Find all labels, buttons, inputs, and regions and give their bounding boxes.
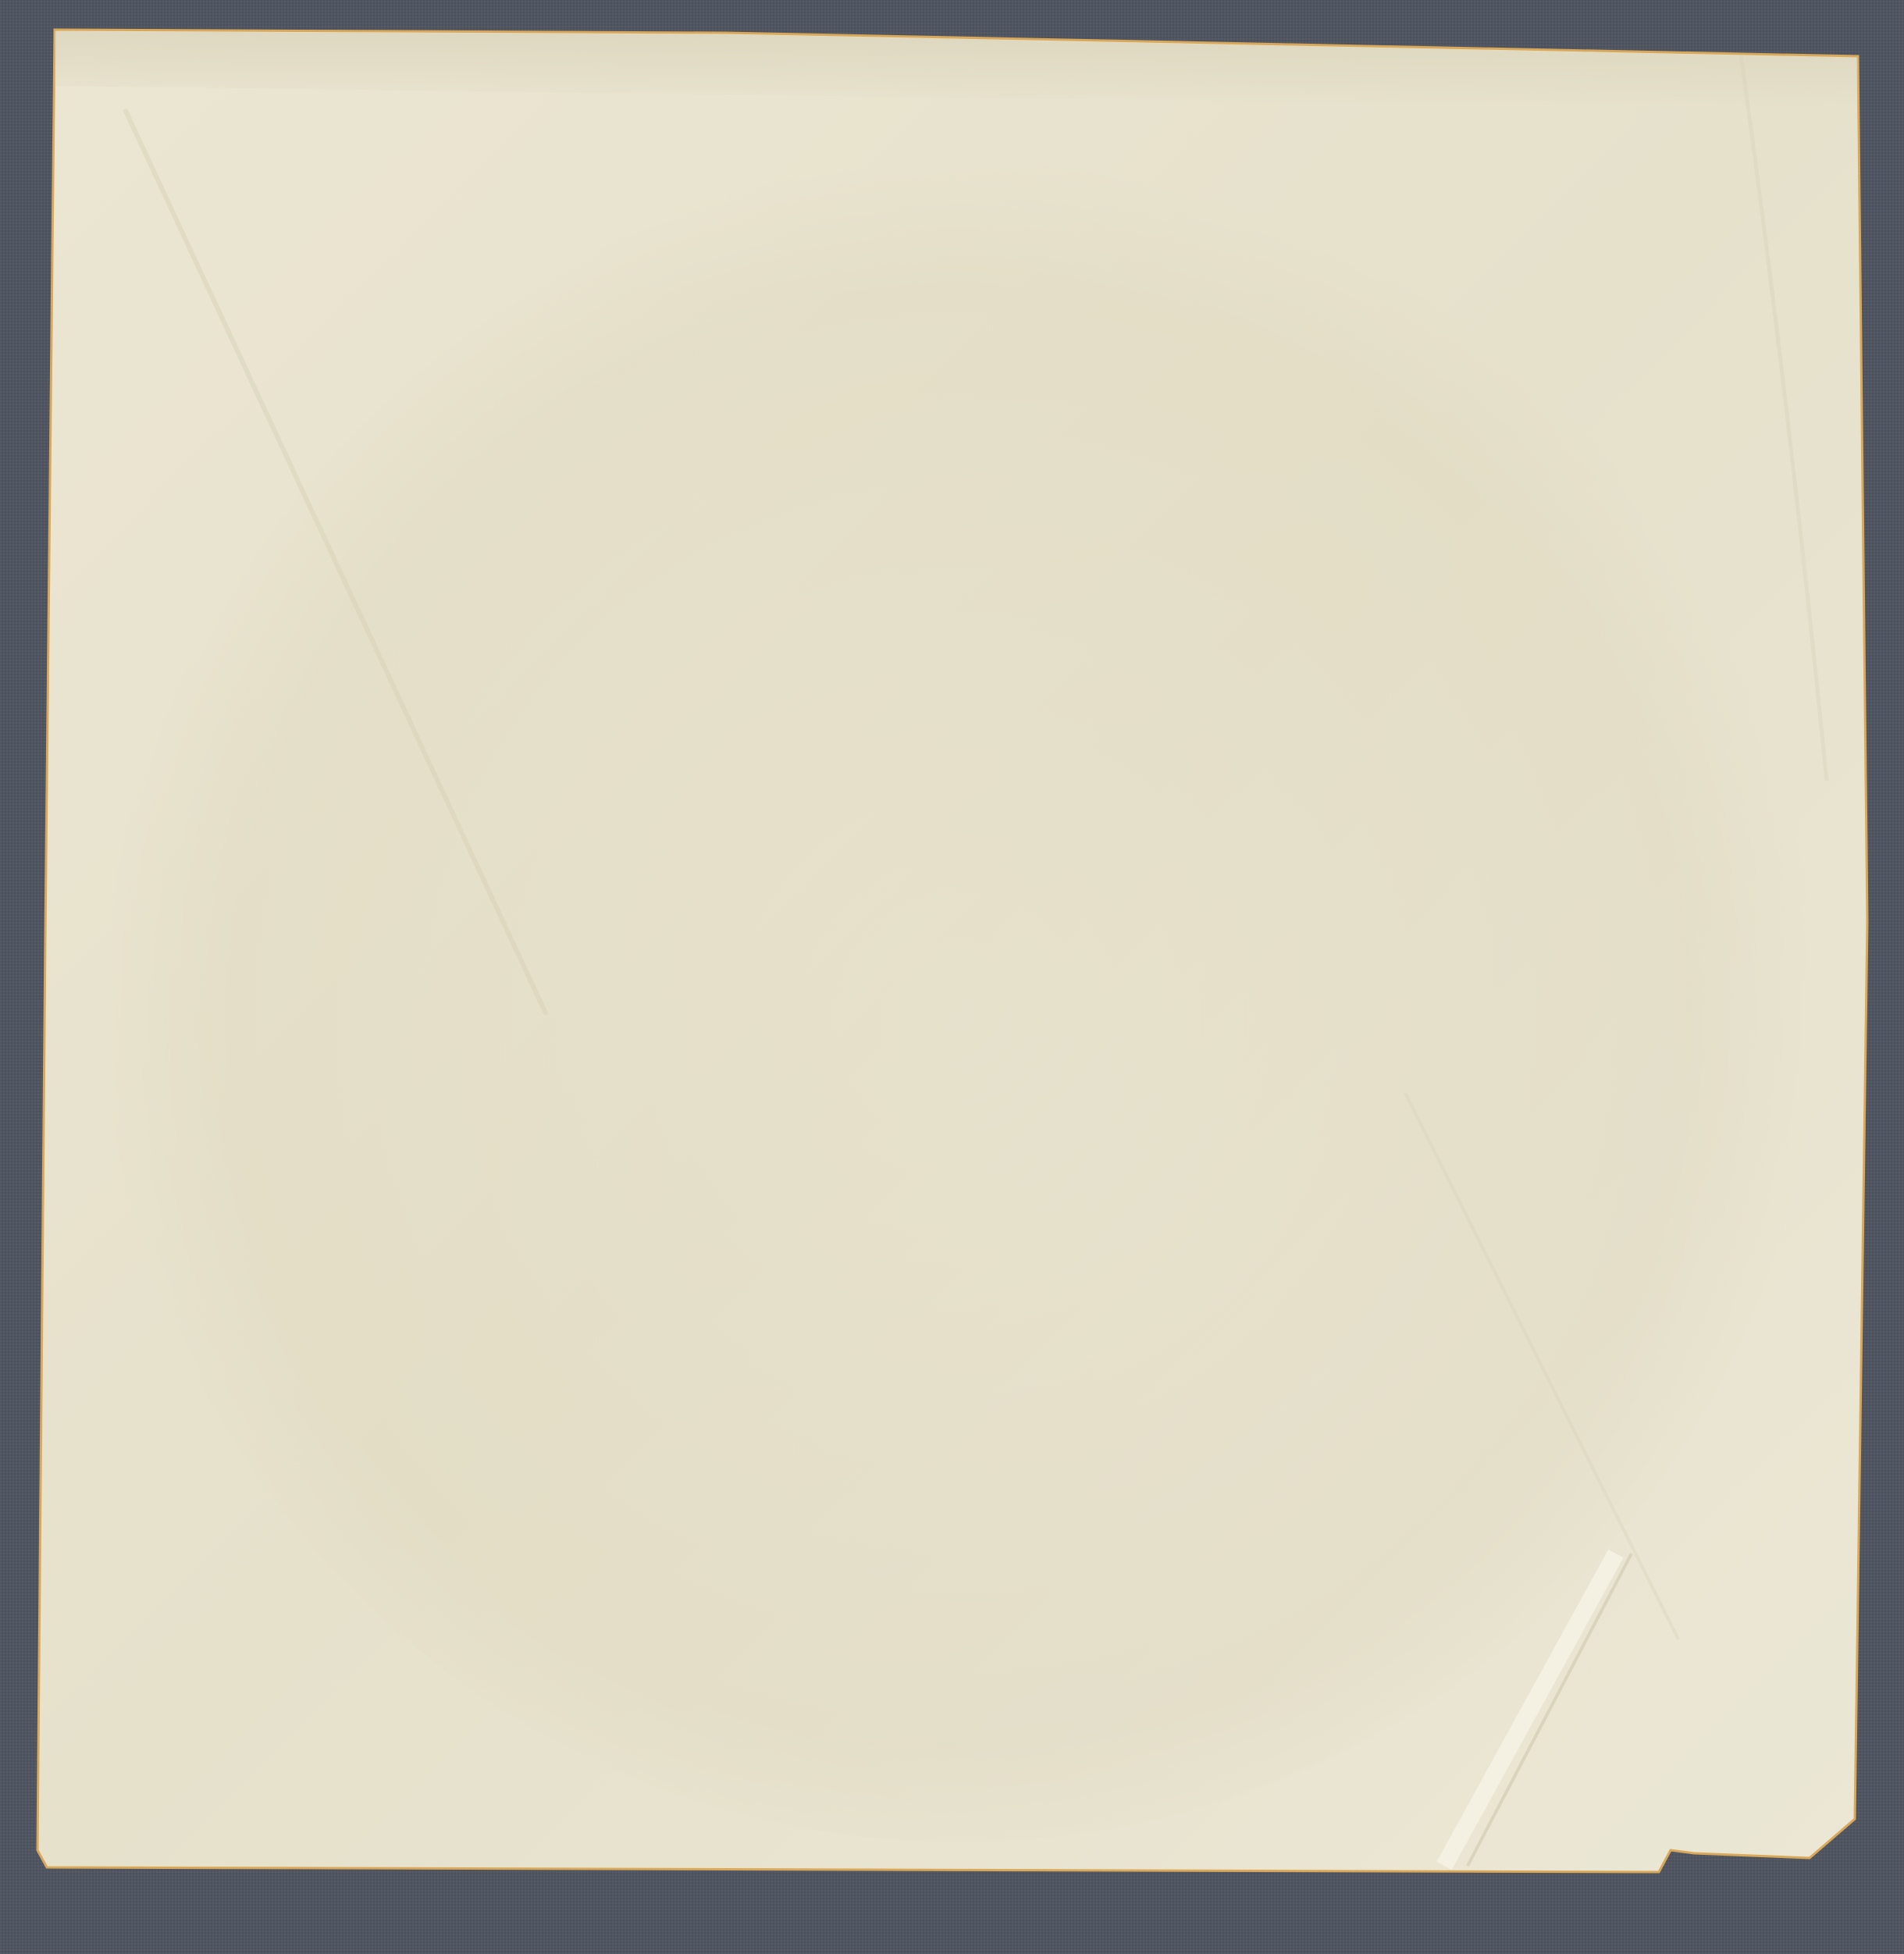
paper-sleeve [0,0,1904,1954]
disc-impression [101,125,1819,1842]
photo-scene: Blank cream paper record sleeve photogra… [0,0,1904,1954]
